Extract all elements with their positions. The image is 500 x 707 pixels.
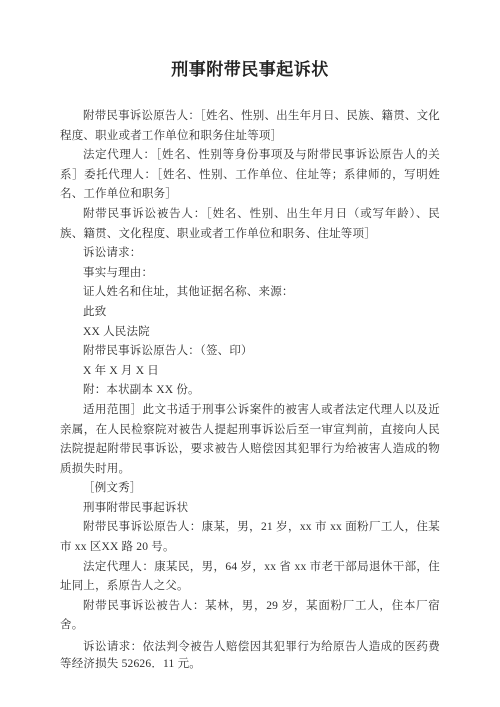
paragraph: 诉讼请求：: [60, 244, 440, 264]
paragraph: ［例文秀］: [60, 479, 440, 499]
paragraph: 刑事附带民事起诉状: [60, 499, 440, 519]
document-body: 附带民事诉讼原告人：［姓名、性别、出生年月日、民族、籍贯、文化程度、职业或者工作…: [60, 107, 440, 672]
document-title: 刑事附带民事起诉状: [60, 55, 440, 80]
paragraph: 证人姓名和住址，其他证据名称、来源：: [60, 283, 440, 303]
paragraph: 诉讼请求：依法判令被告人赔偿因其犯罪行为给原告人造成的医药费等经济损失 5262…: [60, 639, 440, 672]
paragraph: 适用范围］此文书适于刑事公诉案件的被害人或者法定代理人以及近亲属，在人民检察院对…: [60, 401, 440, 479]
paragraph: 法定代理人：康某民，男，64 岁，xx 省 xx 市老干部局退休干部，住址同上，…: [60, 558, 440, 597]
paragraph: 此致: [60, 303, 440, 323]
paragraph: 附带民事诉讼原告人：［姓名、性别、出生年月日、民族、籍贯、文化程度、职业或者工作…: [60, 107, 440, 146]
paragraph: 附带民事诉讼被告人：某林，男，29 岁，某面粉厂工人，住本厂宿舍。: [60, 597, 440, 636]
paragraph: 事实与理由：: [60, 264, 440, 284]
paragraph: 附带民事诉讼被告人：［姓名、性别、出生年月日（或写年龄）、民族、籍贯、文化程度、…: [60, 205, 440, 244]
paragraph: XX 人民法院: [60, 323, 440, 343]
paragraph: 附带民事诉讼原告人：康某，男，21 岁，xx 市 xx 面粉厂工人，住某市 xx…: [60, 518, 440, 557]
paragraph: 法定代理人：［姓名、性别等身份事项及与附带民事诉讼原告人的关系］委托代理人：［姓…: [60, 146, 440, 205]
paragraph: 附：本状副本 XX 份。: [60, 381, 440, 401]
paragraph: 附带民事诉讼原告人：（签、印）: [60, 342, 440, 362]
paragraph: X 年 X 月 X 日: [60, 362, 440, 382]
document-page: 刑事附带民事起诉状 附带民事诉讼原告人：［姓名、性别、出生年月日、民族、籍贯、文…: [0, 0, 500, 707]
